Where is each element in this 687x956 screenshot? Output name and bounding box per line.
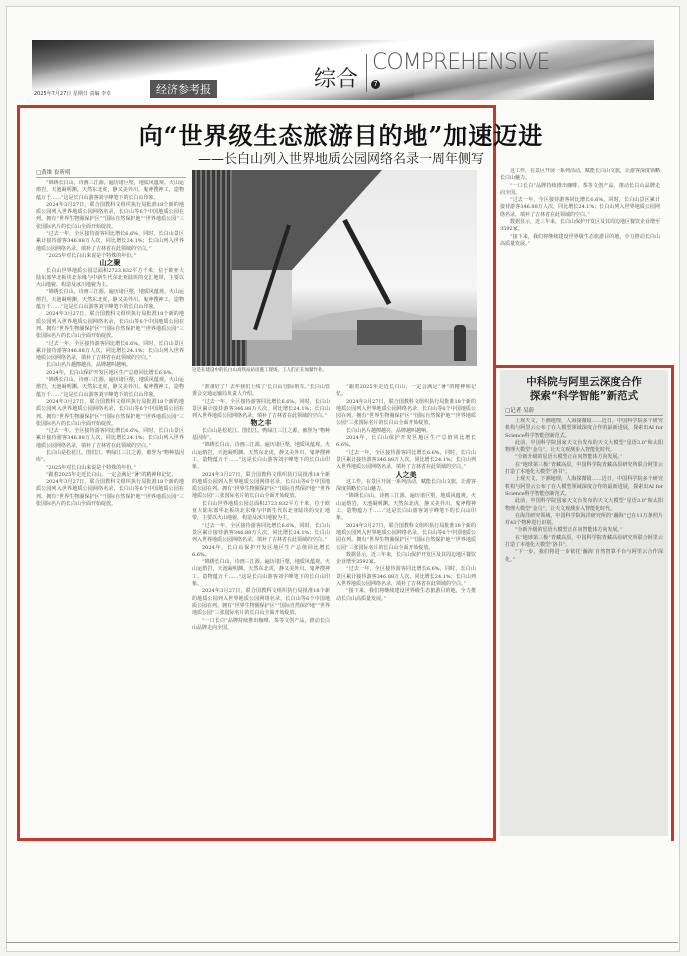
paragraph: 在海洋研究领域，中国科学院海洋研究所的“瀚海”已在11万条照片对43个物种进行识…	[505, 513, 663, 528]
sidebar-headline-line-1: 中科院与阿里云深度合作	[500, 375, 668, 389]
paragraph: 2024年3月27日，联合国教科文组织执行局批准18个新的地质公园列入世界地质公…	[192, 588, 330, 617]
paragraph: 长白山世界地质公园总面积2723.832平方千米，位于欧亚大陆东部华北板块北东缘…	[36, 268, 184, 290]
paragraph: “接下来，我们将继续建设世界级生态旅游目的地，全力推动长白山高质量发展。”	[500, 234, 660, 249]
paragraph: 2024年3月27日，联合国教科文组织执行局批准18个新的地质公园列入世界地质公…	[336, 523, 476, 552]
paragraph: “过去一年，全区接待游客同比增长6.6%，同时，长白山景区累计接待游客346.8…	[192, 523, 330, 545]
paragraph: 2024年3月27日，联合国教科文组织执行局批准18个新的地质公园列入世界地质公…	[336, 399, 476, 428]
article-column-4: 这工作，在景区开展一系列活动，赋能长白山文旅，让游客深度领略长白山魅力。 “一口…	[500, 168, 660, 360]
paragraph: “跟着2025年走近长白山，一定会满足“暑”的精神和记忆。	[336, 384, 476, 399]
paragraph: 2024年3月27日，联合国教科文组织执行局批准18个新的地质公园列入世界地质公…	[36, 311, 184, 340]
paragraph: 这工作，在景区开展一系列活动，赋能长白山文旅，让游客深度领略长白山魅力。	[500, 168, 660, 183]
page-number-badge: 7	[371, 80, 380, 89]
paragraph: 此前，中国科学院国家天文台发布的天文大模型“星语3.0”和太阳物理大模型“金乌”…	[505, 498, 663, 513]
paragraph: “锦绣长白山，诗画三江源。遍历诸巨壑，地质风蕴观。火山运熔岩，天池凝明渊。天然东…	[36, 289, 184, 311]
paragraph: 2024年3月27日，联合国教科文组织执行局批准18个新的地质公园列入世界地质公…	[36, 399, 184, 428]
paragraph: 2024年，长白山保护开发区地区生产总值同比增长6.6%。	[336, 435, 476, 450]
section-heading: 山之聚	[36, 260, 184, 267]
section-heading: 物之丰	[192, 420, 330, 427]
paragraph: 数据显示，近三年来，长白山保护开发区及其周边地区餐饮企业增至3592家。	[336, 552, 476, 567]
paragraph: 2024年3月27日，联合国教科文组织执行局批准18个新的地质公园列入世界地质公…	[192, 472, 330, 501]
paragraph: 此前，中国科学院国家天文台发布的天文大模型“星语3.0”和太阳物理大模型“金乌”…	[505, 440, 663, 455]
article-column-1: “锦绣长白山，诗画三江源。遍历诸巨壑，地质风蕴观。火山运熔岩，天池凝明渊。天然东…	[36, 180, 184, 835]
article-photo-construction-site	[192, 170, 477, 366]
paragraph: “锦绣长白山，诗画三江源。遍历诸巨壑，地质风蕴观。火山运熔岩，天池凝明渊。天然东…	[36, 180, 184, 202]
section-divider	[366, 54, 367, 92]
paragraph: “锦绣长白山，诗画三江源。遍历诸巨壑，地质风蕴观。火山运熔岩，天池凝明渊。天然东…	[336, 493, 476, 522]
article-headline: 向“世界级生态旅游目的地”加速迈进	[36, 116, 646, 151]
paragraph: 2024年3月27日，联合国教科文组织执行局批准18个新的地质公园列入世界地质公…	[36, 479, 184, 508]
newspaper-logo: 经济参考报	[150, 80, 217, 98]
paragraph: 2024年，长白山保护开发区地区生产总值同比增长6.6%。	[192, 545, 330, 560]
section-title-english: COMPREHENSIVE	[372, 50, 549, 75]
sidebar-headline-line-2: 探索“科学智能”新范式	[500, 389, 668, 403]
paragraph: 长白山世界地质公园总面积2723.832平方千米，位于欧亚大陆东部华北板块北东缘…	[192, 501, 330, 523]
paragraph: “过去一年，全区接待游客同比增长6.6%，同时，长白山景区累计接待游客346.8…	[36, 231, 184, 253]
paragraph: “过去一年，全区接待游客同比增长6.6%，同时，长白山景区累计接待游客346.8…	[36, 341, 184, 363]
paragraph: “全新升级的星语大模型正在向智能体方向发展。”	[505, 454, 663, 461]
paragraph: “准备好了！去年我们上线了‘长白山’国际班车。”长白山管委会交通运输局负责人介绍…	[192, 384, 330, 399]
paragraph: “过去一年，全区接待游客同比增长6.6%，同时，长白山景区累计接待游客346.8…	[336, 450, 476, 472]
section-title: 综合	[314, 62, 358, 93]
paragraph: 这工作，在景区开展一系列活动，赋能长白山文旅，让游客深度领略长白山魅力。	[336, 479, 476, 494]
paragraph: 上观天文，下测地理，人海探微镜……近日，中国科学院多个研究机构与阿里云公布了在人…	[505, 418, 663, 440]
sidebar-article-byline: □记者 吴蔚	[505, 406, 663, 416]
section-heading: 人之美	[336, 472, 476, 479]
paragraph: “过去一年，全区接待游客同比增长6.6%，同时，长白山景区累计接待游客346.8…	[500, 197, 660, 219]
paragraph: 数据显示，近三年来，长白山保护开发区及其周边地区餐饮企业增至3592家。	[500, 219, 660, 234]
paragraph: “一口长白”品牌持续推出咖啡、茶等文创产品，推动长白山品牌走向全国。	[192, 618, 330, 633]
article-subheadline: ——长白山列入世界地质公园网络名录一周年侧写	[36, 148, 646, 167]
paragraph: 在“地球第三极”青藏高原，中国科学院青藏高原研究所联合阿里云打造了本地化大模型“…	[505, 535, 663, 550]
paragraph: 长白山名片越擦越亮，品牌越叫越响。	[336, 428, 476, 435]
paragraph: 长白山名片越擦越亮，品牌越叫越响。	[36, 362, 184, 369]
sidebar-article-body: 上观天文，下测地理，人海探微镜……近日，中国科学院多个研究机构与阿里云公布了在人…	[505, 418, 663, 832]
article-column-2: “准备好了！去年我们上线了‘长白山’国际班车。”长白山管委会交通运输局负责人介绍…	[192, 384, 330, 836]
paragraph: “过去一年，全区接待游客同比增长6.6%，同时，长白山景区累计接待游客346.8…	[192, 399, 330, 421]
paragraph: “接下来，我们将继续建设世界级生态旅游目的地，全力推动长白山高质量发展。”	[336, 588, 476, 603]
paragraph: “锦绣长白山，诗画三江源。遍历诸巨壑，地质风蕴观。火山运熔岩，天池凝明渊。天然东…	[36, 377, 184, 399]
paragraph: “过去一年，全区接待游客同比增长6.6%，同时，长白山景区累计接待游客346.8…	[36, 428, 184, 450]
paragraph: “下一步，我们将进一步依托‘瀚海’自然智算平台与阿里云合作深化。”	[505, 549, 663, 564]
masthead-banner: 2025年7月27日 星期日 责编 李卓 经济参考报 综合 COMPREHENS…	[32, 40, 654, 100]
paragraph: 2024年3月27日，联合国教科文组织执行局批准18个新的地质公园列入世界地质公…	[36, 202, 184, 231]
paragraph: “锦绣长白山，诗画三江源。遍历诸巨壑，地质风蕴观。火山运熔岩，天池凝明渊。天然东…	[192, 559, 330, 588]
paragraph: “锦绣长白山，诗画三江源。遍历诸巨壑，地质风蕴观。火山运熔岩，天池凝明渊。天然东…	[192, 442, 330, 471]
paragraph: “一口长白”品牌持续推出咖啡、茶等文创产品，推动长白山品牌走向全国。	[500, 183, 660, 198]
page-bottom-rule	[6, 942, 678, 943]
paragraph: “2025年对长白山来说是个特殊的年份。”	[36, 465, 184, 472]
paragraph: 长白山是松花江、图们江、鸭绿江三江之源，被誉为“物种基因库”。	[192, 428, 330, 443]
sidebar-article-headline: 中科院与阿里云深度合作 探索“科学智能”新范式	[500, 375, 668, 403]
paragraph: 上观天文，下测地理，人海探微镜……近日，中国科学院多个研究机构与阿里云公布了在人…	[505, 476, 663, 498]
paragraph: “全新升级的星语大模型正在向智能体方向发展。”	[505, 527, 663, 534]
paragraph: 2024年，长白山保护开发区地区生产总值同比增长6.6%。	[36, 370, 184, 377]
photo-caption: 这是在建设中的长白山高铁站站房施工现场，工人们正在加紧作业。	[192, 368, 477, 374]
article-column-3: “跟着2025年走近长白山，一定会满足“暑”的精神和记忆。 2024年3月27日…	[336, 384, 476, 836]
issue-date: 2025年7月27日 星期日 责编 李卓	[34, 90, 111, 97]
paragraph: 在“地球第三极”青藏高原，中国科学院青藏高原研究所联合阿里云打造了本地化大模型“…	[505, 462, 663, 477]
article-byline: □黄维 崔昕明	[36, 168, 186, 178]
paragraph: “过去一年，全区接待游客同比增长6.6%，同时，长白山景区累计接待游客346.8…	[336, 566, 476, 588]
paragraph: 长白山是松花江、图们江、鸭绿江三江之源，被誉为“物种基因库”。	[36, 450, 184, 465]
